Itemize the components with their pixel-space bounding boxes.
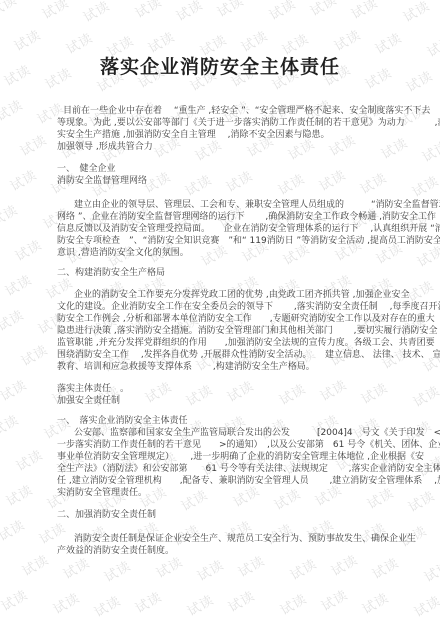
trial-watermark: 试读	[347, 0, 381, 23]
trial-watermark: 试读	[183, 589, 217, 619]
trial-watermark: 试读	[0, 0, 20, 20]
paragraph: 消防安全责任制是保证企业安全生产、规范员工安全行为、预防事故发生、确保企业生产效…	[57, 533, 383, 557]
text-line: 企业的消防安全工作要充分发挥党政工团的优势 ,由党政工团齐抓共管 ,加强企业安全	[57, 289, 383, 301]
trial-watermark: 试读	[16, 129, 50, 159]
trial-watermark: 试读	[172, 0, 206, 25]
trial-watermark: 试读	[358, 587, 392, 617]
trial-watermark: 试读	[418, 135, 440, 165]
text-line: 信息反馈以及消防安全管理受控局面。 企业在消防安全管理体系的运行下 ,认真组织开…	[57, 223, 383, 235]
text-line: 防安全工作例会 ,分析和部署本单位消防安全工作 ,专题研究消防安全工作以及对存在…	[57, 313, 383, 325]
text-line: 文化的建设。企业消防安全工作在安全委员会的领导下 ,落实消防安全责任制 ,每季度…	[57, 301, 383, 313]
trial-watermark: 试读	[409, 380, 440, 410]
trial-watermark: 试读	[0, 304, 27, 334]
section-heading: 一、 健全企业消防安全监督管理网络	[57, 163, 383, 187]
text-line: 一、 落实企业消防安全主体责任	[57, 415, 383, 427]
text-line: 围绕消防安全工作 ,发挥各自优势 ,开展群众性消防安全活动。 建立信息、 法律、…	[57, 349, 383, 361]
trial-watermark: 试读	[410, 590, 440, 620]
trial-watermark: 试读	[286, 553, 320, 583]
trial-watermark: 试读	[0, 94, 26, 124]
text-line: 意识 ,营造消防安全文化的氛围。	[57, 247, 383, 259]
trial-watermark: 试读	[79, 0, 113, 26]
trial-watermark: 试读	[38, 0, 72, 23]
document-title: 落实企业消防安全主体责任	[57, 52, 383, 82]
trial-watermark: 试读	[0, 409, 22, 439]
trial-watermark: 试读	[276, 588, 310, 618]
trial-watermark: 试读	[90, 590, 124, 620]
text-line: 加强领导 ,形成共管合力	[57, 141, 383, 153]
text-line: 一、 健全企业	[57, 163, 383, 175]
trial-watermark: 试读	[100, 555, 134, 585]
trial-watermark: 试读	[399, 0, 433, 26]
trial-watermark: 试读	[306, 0, 340, 20]
trial-watermark: 试读	[224, 585, 258, 615]
text-line: 建立由企业的领导层、管理层、工会和专、兼职安全管理人员组成的 “消防安全监督管理	[57, 199, 383, 211]
text-line: 二、构建消防安全生产格局	[57, 267, 383, 279]
text-line: 网络 ”、企业在消防安全监督管理网络的运行下 ,确保消防安全工作政令畅通 ,消防…	[57, 211, 383, 223]
text-line: 落实主体责任 。	[57, 383, 383, 395]
text-line: 目前在一些企业中存在着 “重生产 ,轻安全 ”、“安全管理严格不起来、安全制度落…	[57, 105, 383, 117]
trial-watermark: 试读	[18, 549, 52, 579]
trial-watermark: 试读	[265, 0, 299, 24]
text-line: 产效益的消防安全责任制度。	[57, 545, 383, 557]
trial-watermark: 试读	[131, 0, 165, 22]
text-line: 等现象。为此 ,要以公安部等部门《关于进一步落实消防工作责任制的若干意见》为动力…	[57, 117, 383, 129]
paragraph: 建立由企业的领导层、管理层、工会和专、兼职安全管理人员组成的 “消防安全监督管理…	[57, 199, 383, 259]
paragraph: 目前在一些企业中存在着 “重生产 ,轻安全 ”、“安全管理严格不起来、安全制度落…	[57, 105, 383, 153]
trial-watermark: 试读	[317, 584, 351, 614]
trial-watermark: 试读	[330, 24, 364, 54]
section-heading: 二、构建消防安全生产格局	[57, 267, 383, 279]
trial-watermark: 试读	[12, 444, 46, 474]
trial-watermark: 试读	[420, 555, 440, 585]
trial-watermark: 试读	[408, 170, 440, 200]
trial-watermark: 试读	[10, 24, 44, 54]
trial-watermark: 试读	[402, 65, 436, 95]
text-line: 防安全专项检查 ”、“消防安全知识竞赛 ”和“ 119消防日 ”等消防安全活动 …	[57, 235, 383, 247]
text-line: 事业单位消防安全管理规定） ,进一步明确了企业的消防安全管理主体地位 ,企业根据…	[57, 451, 383, 463]
trial-watermark: 试读	[11, 234, 45, 264]
text-line: 隐患进行决策 ,落实消防安全措施。消防安全管理部门和其他相关部门 ,要切实履行消…	[57, 325, 383, 337]
paragraph: 公安部、监察部和国家安全生产监管局联合发出的公发 [2004]4 号文《关于印发…	[57, 427, 383, 499]
text-line: 任 ,建立消防安全管理机构 ,配备专、兼职消防安全管理人员 ,建立消防安全管理体…	[57, 475, 383, 487]
text-line: 加强安全责任制	[57, 395, 383, 407]
text-line: 全生产法》（消防法》和公安部第 61 号令等有关法律、法规规定 ,落实企业消防安…	[57, 463, 383, 475]
trial-watermark: 试读	[423, 30, 440, 60]
text-line: 公安部、监察部和国家安全生产监管局联合发出的公发 [2004]4 号文《关于印发…	[57, 427, 383, 439]
trial-watermark: 试读	[0, 514, 28, 544]
trial-watermark: 试读	[404, 485, 438, 515]
text-line: 教育、培训和应急救援等支撑体系 ,构建消防安全生产格局。	[57, 361, 383, 373]
text-line: 一步落实消防工作责任制的若干意见 >的通知） ,以及公安部第 61 号令《机关、…	[57, 439, 383, 451]
text-line: 二、加强消防安全责任制	[57, 509, 383, 521]
trial-watermark: 试读	[0, 59, 34, 89]
document-page: 落实企业消防安全主体责任 目前在一些企业中存在着 “重生产 ,轻安全 ”、“安全…	[57, 52, 383, 557]
text-line: 实消防安全管理责任。	[57, 487, 383, 499]
section-heading: 二、加强消防安全责任制	[57, 509, 383, 521]
trial-watermark: 试读	[131, 586, 165, 616]
standalone-lines: 落实主体责任 。加强安全责任制	[57, 383, 383, 407]
text-line: 消防安全监督管理网络	[57, 175, 383, 187]
trial-watermark: 试读	[0, 199, 21, 229]
document-body: 目前在一些企业中存在着 “重生产 ,轻安全 ”、“安全管理严格不起来、安全制度落…	[57, 105, 383, 557]
trial-watermark: 试读	[1, 269, 35, 299]
trial-watermark: 试读	[193, 554, 227, 584]
trial-watermark: 试读	[2, 479, 36, 509]
trial-watermark: 试读	[0, 374, 30, 404]
text-line: 消防安全责任制是保证企业安全生产、规范员工安全行为、预防事故发生、确保企业生	[57, 533, 383, 545]
paragraph: 企业的消防安全工作要充分发挥党政工团的优势 ,由党政工团齐抓共管 ,加强企业安全…	[57, 289, 383, 373]
trial-watermark: 试读	[49, 587, 83, 617]
trial-watermark: 试读	[6, 164, 40, 194]
text-line: 实安全生产措施 ,加强消防安全自主管理 ,消除不安全因素与隐患。	[57, 129, 383, 141]
section-heading: 一、 落实企业消防安全主体责任	[57, 415, 383, 427]
trial-watermark: 试读	[0, 584, 31, 614]
text-line: 监管职能 ,并充分发挥党群组织的作用 ,加强消防安全法规的宣传力度。各级工会、共…	[57, 337, 383, 349]
trial-watermark: 试读	[213, 0, 247, 21]
trial-watermark: 试读	[17, 339, 51, 369]
